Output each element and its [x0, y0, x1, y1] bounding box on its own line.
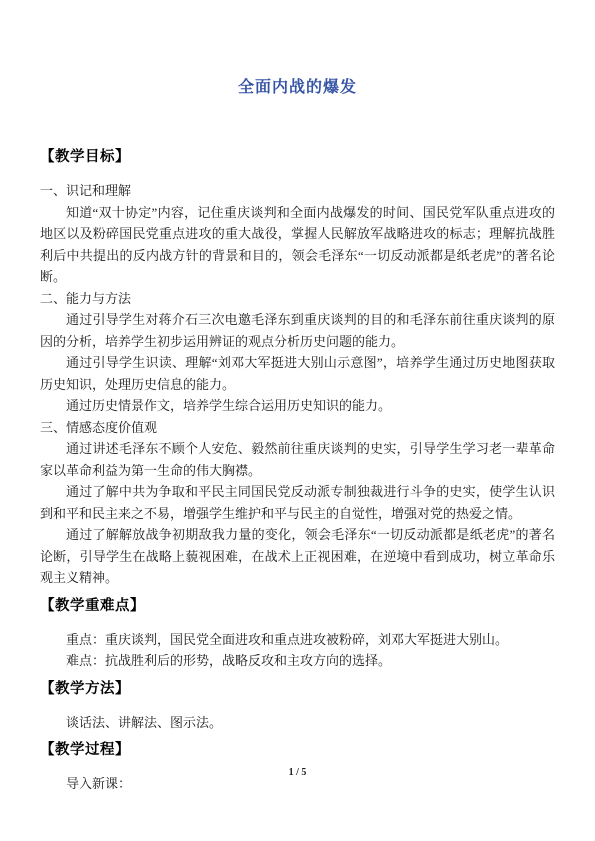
document-title: 全面内战的爆发 — [40, 74, 555, 97]
section-heading-methods: 【教学方法】 — [40, 679, 555, 699]
document-page: 全面内战的爆发 【教学目标】 一、识记和理解 知道“双十协定”内容，记住重庆谈判… — [0, 0, 595, 841]
page-number: 1 / 5 — [0, 767, 595, 778]
section-key-difficult-points: 【教学重难点】 重点：重庆谈判，国民党全面进攻和重点进攻被粉碎，刘邓大军挺进大别… — [40, 596, 555, 672]
paragraph: 通过讲述毛泽东不顾个人安危、毅然前往重庆谈判的史实，引导学生学习老一辈革命家以革… — [40, 438, 555, 481]
paragraph: 通过历史情景作文，培养学生综合运用历史知识的能力。 — [40, 395, 555, 417]
paragraph: 通过引导学生识读、理解“刘邓大军挺进大别山示意图”，培养学生通过历史地图获取历史… — [40, 352, 555, 395]
section-heading-process: 【教学过程】 — [40, 740, 555, 760]
paragraph: 难点：抗战胜利后的形势，战略反攻和主攻方向的选择。 — [40, 650, 555, 672]
subsection-heading: 三、情感态度价值观 — [40, 417, 555, 439]
paragraph: 知道“双十协定”内容，记住重庆谈判和全面内战爆发的时间、国民党军队重点进攻的地区… — [40, 202, 555, 288]
paragraph: 通过了解解放战争初期敌我力量的变化，领会毛泽东“一切反动派都是纸老虎”的著名论断… — [40, 524, 555, 589]
paragraph: 重点：重庆谈判，国民党全面进攻和重点进攻被粉碎，刘邓大军挺进大别山。 — [40, 629, 555, 651]
subsection-heading: 二、能力与方法 — [40, 288, 555, 310]
subsection-heading: 一、识记和理解 — [40, 180, 555, 202]
section-teaching-objectives: 【教学目标】 一、识记和理解 知道“双十协定”内容，记住重庆谈判和全面内战爆发的… — [40, 147, 555, 589]
section-heading-objectives: 【教学目标】 — [40, 147, 555, 167]
paragraph: 通过引导学生对蒋介石三次电邀毛泽东到重庆谈判的目的和毛泽东前往重庆谈判的原因的分… — [40, 309, 555, 352]
section-heading-key-points: 【教学重难点】 — [40, 596, 555, 616]
paragraph: 通过了解中共为争取和平民主同国民党反动派专制独裁进行斗争的史实，使学生认识到和平… — [40, 481, 555, 524]
paragraph: 谈话法、讲解法、图示法。 — [40, 712, 555, 734]
section-teaching-methods: 【教学方法】 谈话法、讲解法、图示法。 — [40, 679, 555, 734]
